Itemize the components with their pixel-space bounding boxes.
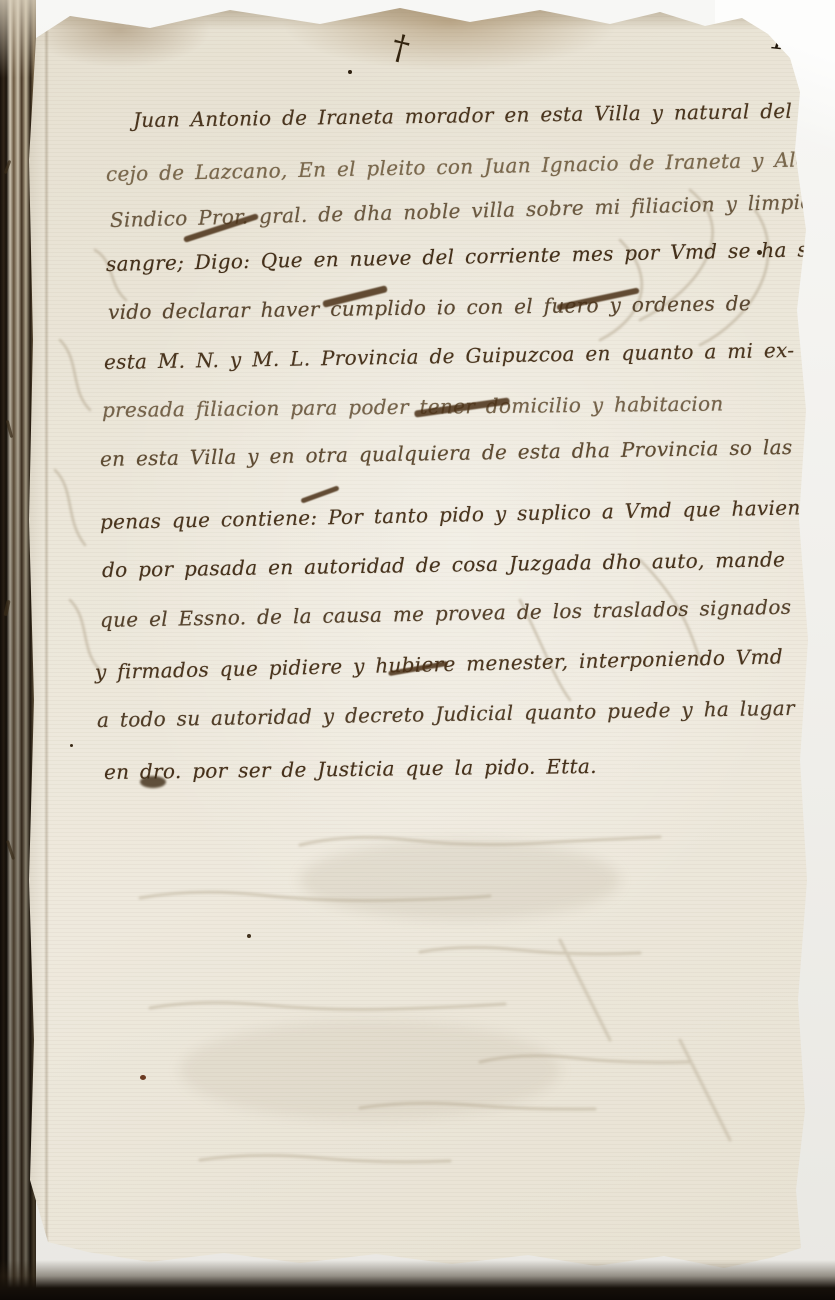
bleed-through-patch: [180, 1020, 560, 1120]
ink-speck: [757, 250, 762, 255]
ink-speck: [247, 934, 251, 938]
scanned-manuscript-page: † 16 Juan Antonio de Iraneta morador en …: [0, 0, 835, 1300]
bleed-through-patch: [300, 840, 620, 920]
binding-ink-mark: [6, 840, 15, 860]
page-bottom-shadow: [0, 1260, 835, 1300]
binding-ink-mark: [3, 600, 10, 616]
binding-ink-mark: [4, 160, 12, 174]
ink-speck: [70, 744, 73, 747]
binding-ink-mark: [6, 420, 14, 438]
ink-speck: [140, 1075, 146, 1080]
manuscript-leaf: † 16 Juan Antonio de Iraneta morador en …: [0, 0, 835, 1300]
ink-speck: [348, 70, 352, 74]
ink-blot: [140, 776, 166, 788]
